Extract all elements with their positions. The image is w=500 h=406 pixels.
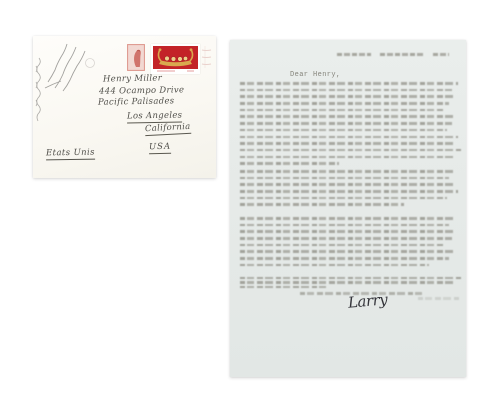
address-line: 444 Ocampo Drive — [99, 85, 184, 96]
letter-dateline — [337, 53, 458, 71]
address-line: Henry Miller — [103, 73, 162, 84]
country-note: Etats Unis — [46, 148, 95, 161]
signature: Larry — [347, 290, 388, 311]
address-line: California — [145, 122, 191, 136]
faint-annotation — [418, 297, 460, 304]
letter-paragraph — [240, 82, 465, 169]
address-line: USA — [149, 142, 171, 154]
letter-paragraph — [240, 217, 465, 271]
photo-scene: Henry Miller 444 Ocampo Drive Pacific Pa… — [0, 0, 500, 406]
address-line: Los Angeles — [127, 111, 183, 124]
typed-letter: Dear Henry, Larry — [230, 40, 466, 377]
letter-salutation: Dear Henry, — [290, 71, 341, 79]
letter-paragraph — [240, 170, 465, 210]
letter-paragraph — [240, 277, 465, 290]
address-line: Pacific Palisades — [98, 96, 175, 107]
envelope: Henry Miller 444 Ocampo Drive Pacific Pa… — [33, 36, 216, 178]
